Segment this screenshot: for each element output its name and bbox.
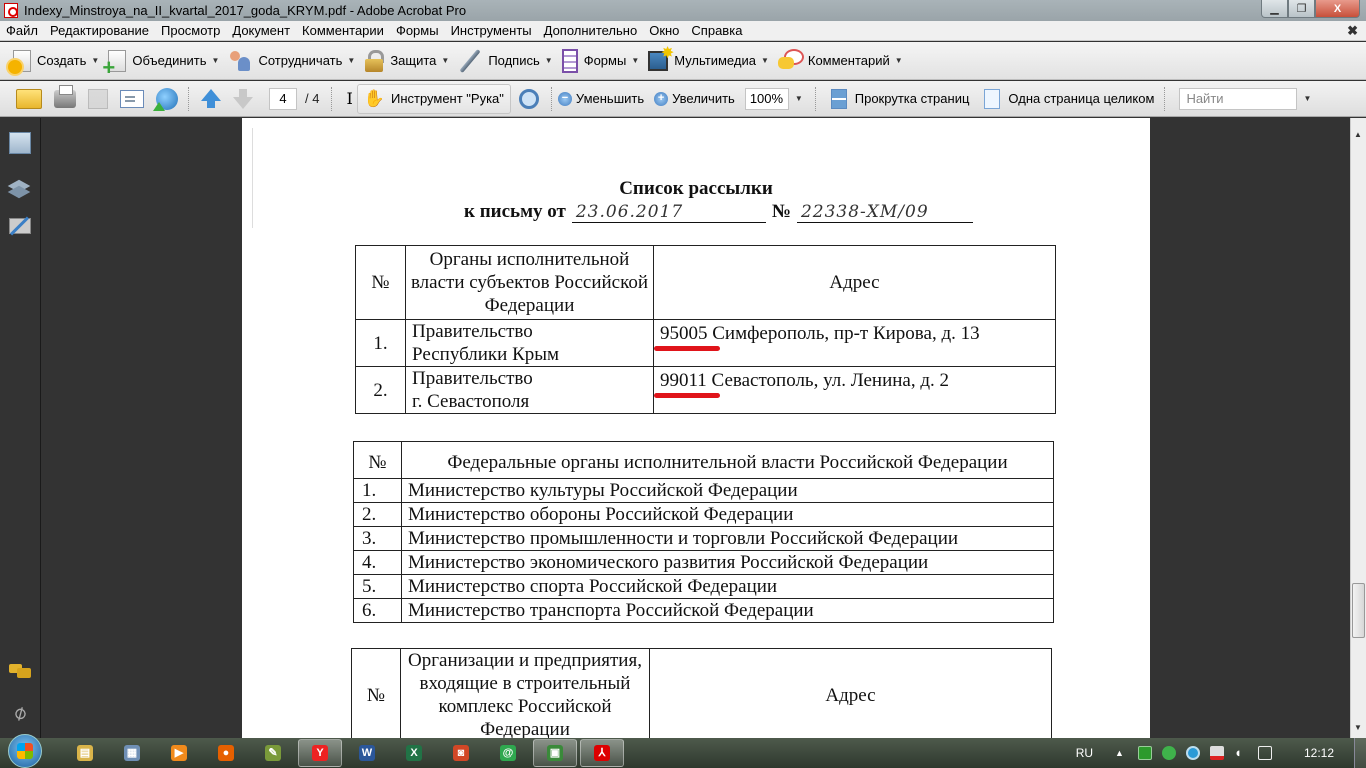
windows-logo-icon xyxy=(17,743,33,759)
messenger-icon: @ xyxy=(500,745,516,761)
letter-number-handwritten: 22338-ХМ/09 xyxy=(797,202,973,223)
menu-view[interactable]: Просмотр xyxy=(155,23,226,38)
menu-edit[interactable]: Редактирование xyxy=(44,23,155,38)
toolbar-separator xyxy=(815,87,818,111)
navigation-toolbar: 4 / 4 I ✋ Инструмент "Рука" − Уменьшить … xyxy=(0,81,1366,117)
tasks-toolbar: Создать ▼ Объединить ▼ Сотрудничать ▼ За… xyxy=(0,42,1366,80)
tray-green-grid-icon[interactable] xyxy=(1138,746,1152,760)
chevron-down-icon: ▼ xyxy=(441,56,449,65)
forms-label: Формы xyxy=(584,53,627,68)
pages-panel-icon[interactable] xyxy=(9,132,31,154)
construction-organizations-table: № Организации и предприятия, входящие в … xyxy=(351,648,1052,738)
hand-tool-button[interactable]: ✋ Инструмент "Рука" xyxy=(357,84,511,114)
table-row: 2. Правительство г. Севастополя 99011 Се… xyxy=(356,367,1056,414)
start-button[interactable] xyxy=(8,734,42,768)
taskbar-app-calculator[interactable]: ▦ xyxy=(110,739,154,767)
column-header-number: № xyxy=(354,442,402,479)
web-upload-icon[interactable] xyxy=(156,88,178,110)
taskbar-app-task-manager[interactable]: ▣ xyxy=(533,739,577,767)
hand-icon: ✋ xyxy=(364,89,385,109)
pdf-page: Список рассылки к письму от 23.06.2017 №… xyxy=(242,118,1150,738)
firefox-icon: ● xyxy=(218,745,234,761)
calculator-icon: ▦ xyxy=(124,745,140,761)
open-folder-icon[interactable] xyxy=(16,89,42,109)
ministry-name: Министерство транспорта Российской Федер… xyxy=(402,599,1054,623)
menu-document[interactable]: Документ xyxy=(226,23,296,38)
menu-window[interactable]: Окно xyxy=(643,23,685,38)
show-hidden-icons-icon[interactable]: ▲ xyxy=(1115,748,1124,758)
taskbar-app-media-player[interactable]: ▶ xyxy=(157,739,201,767)
table-header-row: № Федеральные органы исполнительной влас… xyxy=(354,442,1054,479)
combine-label: Объединить xyxy=(132,53,206,68)
page-total: / 4 xyxy=(305,91,319,106)
power-plug-icon[interactable] xyxy=(1210,746,1224,760)
comments-panel-icon[interactable] xyxy=(9,662,31,684)
authority-cell: Правительство Республики Крым xyxy=(406,320,654,367)
scroll-up-arrow-icon[interactable]: ▲ xyxy=(1354,130,1362,139)
row-number: 2. xyxy=(354,503,402,527)
layers-panel-icon[interactable] xyxy=(9,176,31,198)
task-manager-icon: ▣ xyxy=(547,745,563,761)
taskbar-app-yandex-browser[interactable]: Y xyxy=(298,739,342,767)
toolbar-separator xyxy=(331,87,334,111)
taskbar-app-paint[interactable]: ✎ xyxy=(251,739,295,767)
clock[interactable]: 12:12 xyxy=(1304,746,1334,760)
taskbar-apps: ▤▦▶●✎YWX◙@▣⅄ xyxy=(60,739,624,767)
windows-taskbar: ▤▦▶●✎YWX◙@▣⅄ RU ▲ ◖ 12:12 xyxy=(0,738,1366,768)
multimedia-button[interactable]: Мультимедиа ▼ xyxy=(645,46,775,76)
volume-icon[interactable]: ◖ xyxy=(1234,746,1248,760)
one-full-page-label: Одна страница целиком xyxy=(1008,91,1154,106)
row-number: 5. xyxy=(354,575,402,599)
column-header-address: Адрес xyxy=(650,649,1052,739)
create-label: Создать xyxy=(37,53,86,68)
close-document-icon[interactable]: ✖ xyxy=(1347,23,1358,39)
explorer-icon: ▤ xyxy=(77,745,93,761)
column-header-number: № xyxy=(352,649,401,739)
tray-messenger-icon[interactable] xyxy=(1162,746,1176,760)
toolbar-separator xyxy=(188,87,191,111)
letter-prefix: к письму от xyxy=(464,201,566,223)
collaborate-button[interactable]: Сотрудничать ▼ xyxy=(225,46,361,76)
taskbar-app-word[interactable]: W xyxy=(345,739,389,767)
zoom-out-button[interactable]: − Уменьшить xyxy=(558,91,644,106)
row-number: 1. xyxy=(356,320,406,367)
table-header-row: № Органы исполнительной власти субъектов… xyxy=(356,246,1056,320)
pdf-file-icon xyxy=(4,3,18,18)
system-tray: RU ▲ ◖ 12:12 xyxy=(1076,738,1352,768)
scroll-pages-button[interactable]: Прокрутка страниц xyxy=(822,84,976,114)
attachments-paperclip-icon[interactable]: ⌀ xyxy=(5,698,35,728)
row-number: 4. xyxy=(354,551,402,575)
address-text: 95005 Симферополь, пр-т Кирова, д. 13 xyxy=(660,323,980,344)
column-header-authority: Органы исполнительной власти субъектов Р… xyxy=(406,246,654,320)
previous-page-icon[interactable] xyxy=(201,89,221,101)
ministry-name: Министерство культуры Российской Федерац… xyxy=(402,479,1054,503)
collaborate-icon xyxy=(228,49,252,73)
save-icon[interactable] xyxy=(88,89,108,109)
letter-reference: к письму от 23.06.2017 № 22338-ХМ/09 xyxy=(464,201,973,223)
lock-icon xyxy=(364,50,384,72)
menu-help[interactable]: Справка xyxy=(685,23,748,38)
chevron-down-icon: ▼ xyxy=(761,56,769,65)
yandex-browser-icon: Y xyxy=(312,745,328,761)
taskbar-app-explorer[interactable]: ▤ xyxy=(63,739,107,767)
authority-line: Правительство xyxy=(412,320,647,343)
comment-icon xyxy=(778,49,802,73)
network-icon[interactable] xyxy=(1258,746,1272,760)
federal-authorities-table: № Федеральные органы исполнительной влас… xyxy=(353,441,1054,623)
sign-label: Подпись xyxy=(488,53,539,68)
regional-authorities-table: № Органы исполнительной власти субъектов… xyxy=(355,245,1056,414)
column-header-address: Адрес xyxy=(654,246,1056,320)
row-number: 3. xyxy=(354,527,402,551)
email-icon[interactable] xyxy=(120,90,144,108)
scroll-pages-label: Прокрутка страниц xyxy=(855,91,970,106)
column-header-organization: Организации и предприятия, входящие в ст… xyxy=(401,649,650,739)
marquee-zoom-icon[interactable] xyxy=(519,89,539,109)
toolbar-separator xyxy=(551,87,554,111)
tray-camera-icon[interactable] xyxy=(1186,746,1200,760)
chevron-down-icon: ▼ xyxy=(631,56,639,65)
one-full-page-button[interactable]: Одна страница целиком xyxy=(975,84,1160,114)
red-underline-mark xyxy=(654,346,720,351)
chevron-down-icon: ▼ xyxy=(347,56,355,65)
zoom-level-input[interactable]: 100% xyxy=(745,88,789,110)
forms-button[interactable]: Формы ▼ xyxy=(559,46,646,76)
chevron-down-icon: ▼ xyxy=(212,56,220,65)
zoom-dropdown-icon[interactable]: ▼ xyxy=(795,94,803,103)
collaborate-label: Сотрудничать xyxy=(258,53,342,68)
signatures-panel-icon[interactable] xyxy=(9,218,31,234)
ministry-name: Министерство экономического развития Рос… xyxy=(402,551,1054,575)
authority-cell: Правительство г. Севастополя xyxy=(406,367,654,414)
excel-icon: X xyxy=(406,745,422,761)
scroll-pages-icon xyxy=(831,89,847,109)
find-dropdown-icon[interactable]: ▼ xyxy=(1303,94,1311,103)
authority-line: Республики Крым xyxy=(412,343,647,366)
restore-button[interactable]: ❐ xyxy=(1288,0,1315,18)
taskbar-app-excel[interactable]: X xyxy=(392,739,436,767)
secure-label: Защита xyxy=(390,53,436,68)
zoom-in-label: Увеличить xyxy=(672,91,735,106)
taskbar-app-pdf-tool[interactable]: ◙ xyxy=(439,739,483,767)
table-row: 3. Министерство промышленности и торговл… xyxy=(354,527,1054,551)
authority-line: Правительство xyxy=(412,367,647,390)
scrollbar-thumb[interactable] xyxy=(1352,583,1365,638)
address-cell: 95005 Симферополь, пр-т Кирова, д. 13 xyxy=(654,320,1056,367)
multimedia-icon xyxy=(648,51,668,71)
table-row: 2. Министерство обороны Российской Федер… xyxy=(354,503,1054,527)
menu-bar: Файл Редактирование Просмотр Документ Ко… xyxy=(0,21,1366,41)
document-heading: Список рассылки xyxy=(242,178,1150,200)
print-icon[interactable] xyxy=(54,90,76,108)
authority-line: г. Севастополя xyxy=(412,390,647,413)
red-underline-mark xyxy=(654,393,720,398)
language-indicator[interactable]: RU xyxy=(1076,746,1093,760)
ministry-name: Министерство обороны Российской Федераци… xyxy=(402,503,1054,527)
close-button[interactable]: X xyxy=(1315,0,1360,18)
number-sign: № xyxy=(772,201,791,223)
next-page-icon[interactable] xyxy=(233,97,253,109)
window-controls: ▁ ❐ X xyxy=(1261,0,1360,18)
address-text: 99011 Севастополь, ул. Ленина, д. 2 xyxy=(660,370,949,391)
table-row: 4. Министерство экономического развития … xyxy=(354,551,1054,575)
table-row: 5. Министерство спорта Российской Федера… xyxy=(354,575,1054,599)
table-header-row: № Организации и предприятия, входящие в … xyxy=(352,649,1052,739)
word-icon: W xyxy=(359,745,375,761)
minimize-button[interactable]: ▁ xyxy=(1261,0,1288,18)
fit-page-icon xyxy=(984,89,1000,109)
taskbar-app-messenger[interactable]: @ xyxy=(486,739,530,767)
paint-icon: ✎ xyxy=(265,745,281,761)
table-row: 6. Министерство транспорта Российской Фе… xyxy=(354,599,1054,623)
row-number: 2. xyxy=(356,367,406,414)
window-title: Indexy_Minstroya_na_II_kvartal_2017_goda… xyxy=(24,3,466,18)
toolbar-separator xyxy=(1164,87,1167,111)
chevron-down-icon: ▼ xyxy=(545,56,553,65)
menu-advanced[interactable]: Дополнительно xyxy=(538,23,644,38)
multimedia-label: Мультимедиа xyxy=(674,53,756,68)
acrobat-icon: ⅄ xyxy=(594,745,610,761)
sign-button[interactable]: Подпись ▼ xyxy=(455,46,558,76)
hand-tool-label: Инструмент "Рука" xyxy=(391,91,504,106)
menu-comments[interactable]: Комментарии xyxy=(296,23,390,38)
zoom-out-icon: − xyxy=(558,92,572,106)
title-bar: Indexy_Minstroya_na_II_kvartal_2017_goda… xyxy=(0,0,1366,21)
zoom-in-button[interactable]: + Увеличить xyxy=(654,91,735,106)
show-desktop-button[interactable] xyxy=(1354,738,1366,768)
zoom-in-icon: + xyxy=(654,92,668,106)
comment-button[interactable]: Комментарий ▼ xyxy=(775,46,909,76)
column-header-federal-authority: Федеральные органы исполнительной власти… xyxy=(402,442,1054,479)
combine-icon xyxy=(108,50,126,72)
chevron-down-icon: ▼ xyxy=(91,56,99,65)
menu-file[interactable]: Файл xyxy=(0,23,44,38)
page-number-input[interactable]: 4 xyxy=(269,88,297,110)
secure-button[interactable]: Защита ▼ xyxy=(361,46,455,76)
table-row: 1. Правительство Республики Крым 95005 С… xyxy=(356,320,1056,367)
address-cell: 99011 Севастополь, ул. Ленина, д. 2 xyxy=(654,367,1056,414)
create-button[interactable]: Создать ▼ xyxy=(10,46,105,76)
create-icon xyxy=(13,50,31,72)
row-number: 6. xyxy=(354,599,402,623)
taskbar-app-acrobat[interactable]: ⅄ xyxy=(580,739,624,767)
pen-icon xyxy=(458,49,482,73)
scroll-down-arrow-icon[interactable]: ▼ xyxy=(1354,723,1362,732)
ministry-name: Министерство промышленности и торговли Р… xyxy=(402,527,1054,551)
chevron-down-icon: ▼ xyxy=(895,56,903,65)
ministry-name: Министерство спорта Российской Федерации xyxy=(402,575,1054,599)
forms-icon xyxy=(562,49,578,73)
column-header-number: № xyxy=(356,246,406,320)
table-row: 1. Министерство культуры Российской Феде… xyxy=(354,479,1054,503)
document-viewport[interactable]: Список рассылки к письму от 23.06.2017 №… xyxy=(42,118,1350,738)
navigation-panel: ⌀ xyxy=(0,118,41,738)
row-number: 1. xyxy=(354,479,402,503)
taskbar-app-firefox[interactable]: ● xyxy=(204,739,248,767)
combine-button[interactable]: Объединить ▼ xyxy=(105,46,225,76)
vertical-scrollbar[interactable]: ▲ ▼ xyxy=(1350,118,1366,738)
zoom-out-label: Уменьшить xyxy=(576,91,644,106)
pdf-tool-icon: ◙ xyxy=(453,745,469,761)
find-input[interactable]: Найти xyxy=(1179,88,1297,110)
comment-label: Комментарий xyxy=(808,53,890,68)
select-tool-icon[interactable]: I xyxy=(346,89,352,108)
menu-tools[interactable]: Инструменты xyxy=(445,23,538,38)
menu-forms[interactable]: Формы xyxy=(390,23,445,38)
letter-date-handwritten: 23.06.2017 xyxy=(572,202,766,223)
media-player-icon: ▶ xyxy=(171,745,187,761)
